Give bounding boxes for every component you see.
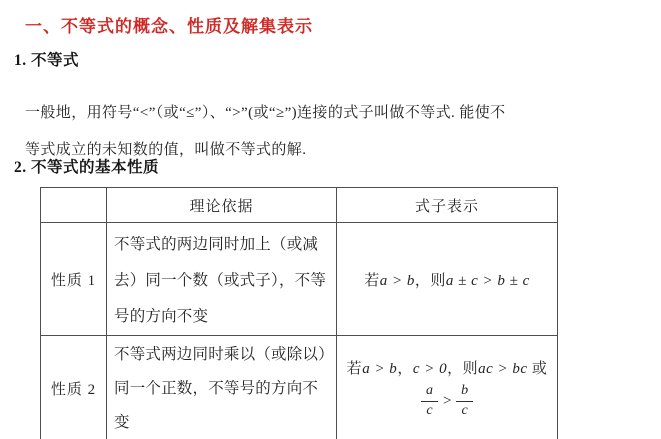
formula-math: a ± c > b ± c [446,273,530,289]
table-row: 性质 1 不等式的两边同时加上（或减去）同一个数（或式子），不等号的方向不变 若… [41,223,558,336]
item-1-label: 不等式 [31,52,79,69]
fraction-numerator: b [456,383,473,401]
formula-math: a > b [380,273,415,289]
fraction-expression: ac>bc [337,383,557,418]
property-1-basis: 不等式的两边同时加上（或减去）同一个数（或式子），不等号的方向不变 [107,223,337,336]
property-2-label: 性质 2 [41,336,107,439]
section-heading: 一、不等式的概念、性质及解集表示 [25,12,313,37]
formula-math: c > 0 [413,361,447,377]
item-2-title: 2. 不等式的基本性质 [14,155,159,177]
fraction-numerator: a [421,383,438,401]
formula-text: ，则 [415,273,446,289]
formula-math: ac > bc [478,361,527,377]
document-page: 一、不等式的概念、性质及解集表示 1. 不等式 一般地，用符号“<”（或“≤”）… [0,0,661,439]
formula-text: ，则 [447,361,478,377]
greater-than-sign: > [442,393,452,410]
property-1-formula: 若a > b，则a ± c > b ± c [337,223,558,336]
property-1-basis-text: 不等式的两边同时加上（或减去）同一个数（或式子），不等号的方向不变 [114,227,332,335]
table-row: 性质 2 不等式两边同时乘以（或除以）同一个正数，不等号的方向不变 若a > b… [41,336,558,439]
property-2-formula: 若a > b，c > 0，则ac > bc 或 ac>bc [337,336,558,439]
header-cell-empty [41,188,107,223]
formula-text: 若 [364,273,380,289]
property-1-label: 性质 1 [41,223,107,336]
paragraph-line-1: 一般地，用符号“<”（或“≤”）、“>”(或“≥”)连接的式子叫做不等式. 能使… [25,101,506,122]
formula-line-1: 若a > b，c > 0，则ac > bc 或 [337,357,557,378]
properties-table: 理论依据 式子表示 性质 1 不等式的两边同时加上（或减去）同一个数（或式子），… [40,187,558,439]
property-2-basis: 不等式两边同时乘以（或除以）同一个正数，不等号的方向不变 [107,336,337,439]
formula-text: ， [397,361,413,377]
fraction-b-over-c: bc [456,383,473,418]
formula-text: 或 [528,361,548,377]
fraction-denominator: c [421,402,438,419]
item-1-number: 1. [14,52,27,69]
header-cell-expression: 式子表示 [337,188,558,223]
item-2-label: 不等式的基本性质 [31,159,159,176]
item-1-title: 1. 不等式 [14,48,79,70]
table-header-row: 理论依据 式子表示 [41,188,558,223]
item-2-number: 2. [14,159,27,176]
fraction-a-over-c: ac [421,383,438,418]
fraction-denominator: c [456,402,473,419]
header-cell-basis: 理论依据 [107,188,337,223]
formula-text: 若 [347,361,363,377]
formula-math: a > b [362,361,397,377]
property-2-basis-text: 不等式两边同时乘以（或除以）同一个正数，不等号的方向不变 [114,338,332,439]
